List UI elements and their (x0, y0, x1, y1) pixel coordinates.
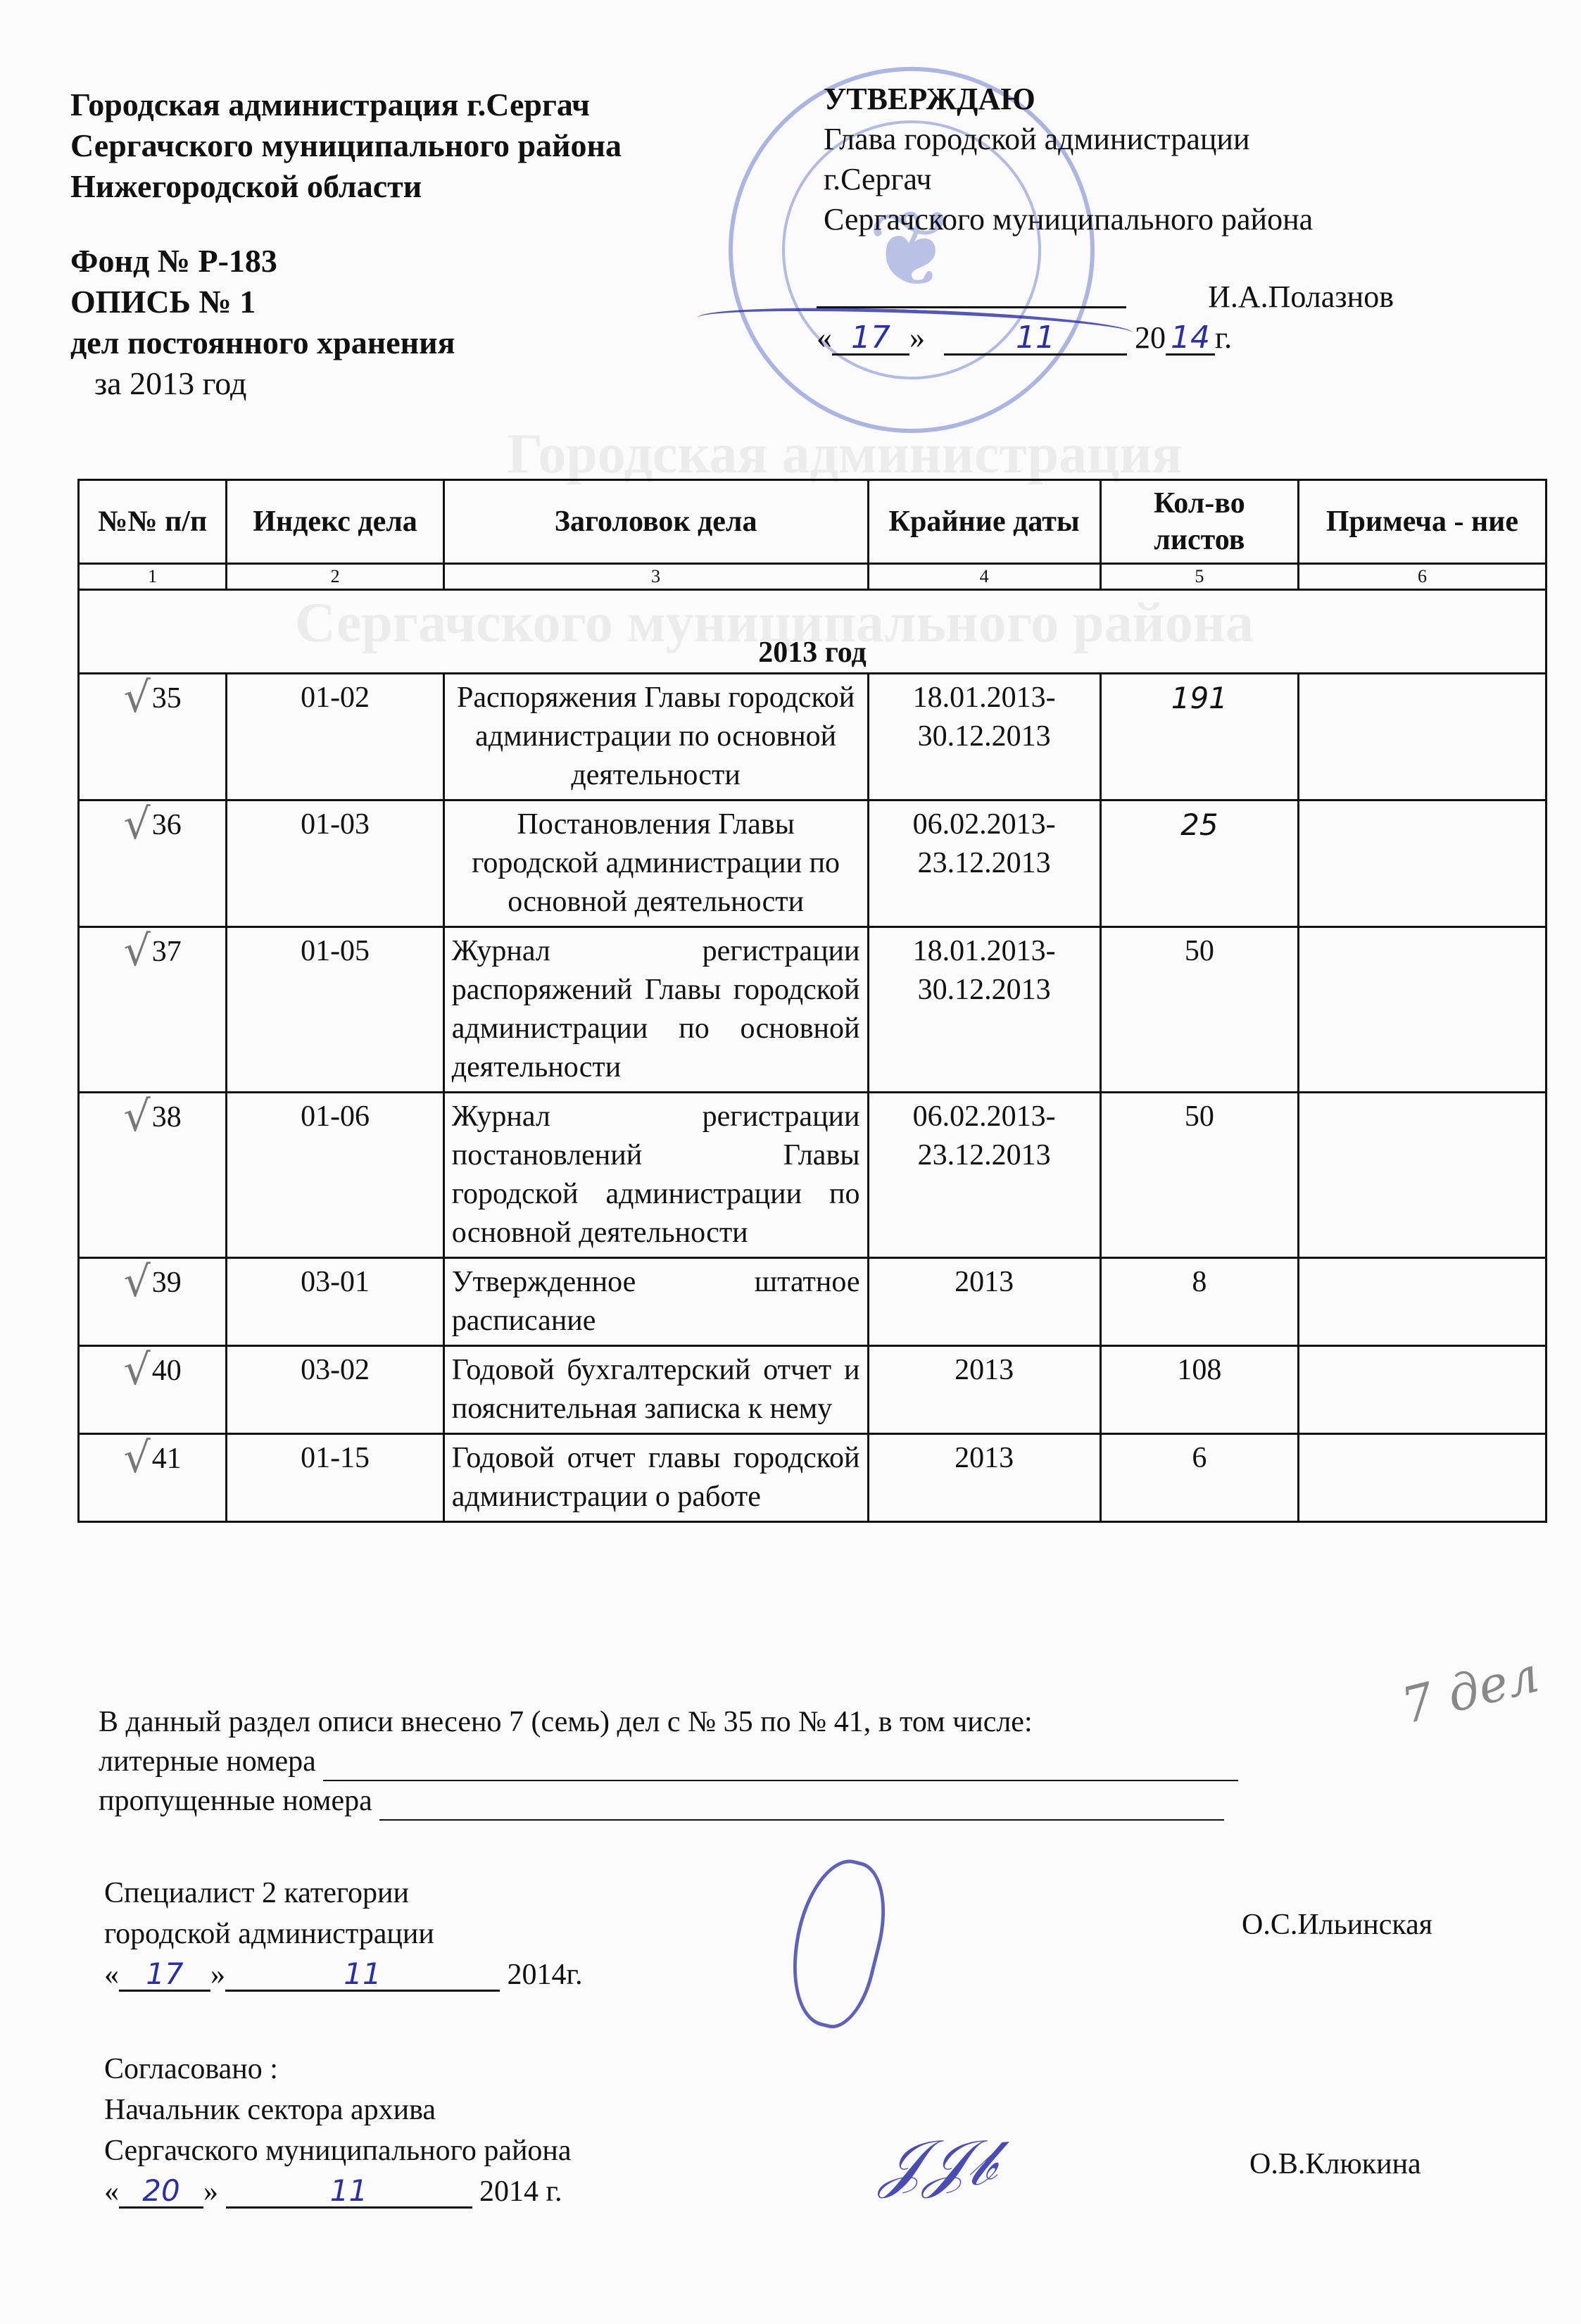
check-mark-icon: √ (124, 800, 151, 849)
approval-title: УТВЕРЖДАЮ (824, 79, 1313, 119)
approval-signature: И.А.Полазнов «17» 11 2014г. (817, 278, 1394, 357)
section-row: 2013 год (79, 590, 1547, 674)
row-title: Журнал регистрации постановлений Главы г… (443, 1093, 868, 1258)
approval-line-3: Сергачского муниципального района (824, 199, 1313, 239)
row-dates: 18.01.2013-30.12.2013 (868, 674, 1100, 800)
row-sheets: 8 (1100, 1258, 1298, 1346)
summary-text: В данный раздел описи внесено 7 (семь) д… (99, 1702, 1238, 1742)
table-row: √4003-02Годовой бухгалтерский отчет и по… (79, 1346, 1547, 1434)
row-dates: 18.01.2013-30.12.2013 (868, 927, 1100, 1093)
check-mark-icon: √ (124, 1257, 151, 1307)
approval-day: 17 (832, 322, 909, 356)
row-sheets: 191 (1100, 674, 1298, 800)
liter-field (323, 1752, 1238, 1781)
bleed-through-text: Городская администрация (211, 422, 1478, 486)
row-dates: 2013 (868, 1346, 1100, 1434)
col-sheets: Кол-во листов (1100, 480, 1298, 564)
row-note (1298, 1434, 1546, 1522)
signature-line (817, 278, 1126, 308)
col-number: №№ п/п (79, 480, 227, 564)
row-note (1298, 1346, 1546, 1434)
org-line-1: Городская администрация г.Сергач (70, 84, 622, 125)
storage-type: дел постоянного хранения (70, 322, 622, 363)
row-number: 35 (152, 682, 182, 715)
row-number: 41 (152, 1443, 182, 1475)
table-row: √3701-05Журнал регистрации распоряжений … (79, 927, 1547, 1093)
row-title: Распоряжения Главы городской администрац… (443, 674, 868, 800)
fond-number: Фонд № Р-183 (70, 241, 622, 282)
opis-number: ОПИСЬ № 1 (70, 282, 622, 322)
row-sheets: 108 (1100, 1346, 1298, 1434)
row-number: 40 (152, 1355, 182, 1387)
check-mark-icon: √ (124, 1092, 151, 1141)
row-dates: 06.02.2013-23.12.2013 (868, 800, 1100, 927)
check-mark-icon: √ (124, 673, 151, 722)
row-note (1298, 674, 1546, 800)
row-title: Утвержденное штатное расписание (443, 1258, 868, 1346)
period: за 2013 год (70, 363, 622, 404)
table-row: √3501-02Распоряжения Главы городской адм… (79, 674, 1547, 800)
row-dates: 2013 (868, 1434, 1100, 1522)
col-note: Примеча - ние (1298, 480, 1546, 564)
document-header: Городская администрация г.Сергач Сергачс… (70, 84, 622, 404)
archive-head-name: О.В.Клюкина (1249, 2147, 1421, 2181)
agreed-day: 20 (119, 2175, 203, 2209)
col-index: Индекс дела (227, 480, 443, 564)
specialist-signature (776, 1851, 899, 2035)
row-note (1298, 800, 1546, 927)
row-sheets: 6 (1100, 1434, 1298, 1522)
archive-head-signature: 𝒥𝒥𝒷 (880, 2126, 995, 2201)
missed-field (379, 1791, 1224, 1821)
row-dates: 06.02.2013-23.12.2013 (868, 1093, 1100, 1258)
org-line-3: Нижегородской области (70, 166, 622, 207)
approval-line-2: г.Сергач (824, 159, 1313, 199)
row-note (1298, 927, 1546, 1093)
table-header-row: №№ п/п Индекс дела Заголовок дела Крайни… (79, 480, 1547, 564)
row-index: 01-05 (227, 927, 443, 1093)
inventory-table: №№ п/п Индекс дела Заголовок дела Крайни… (77, 479, 1547, 1523)
check-mark-icon: √ (124, 1345, 151, 1395)
agreement-block: Согласовано : Начальник сектора архива С… (104, 2049, 572, 2212)
specialist-name: О.С.Ильинская (1242, 1908, 1432, 1942)
liter-label: литерные номера (99, 1745, 316, 1778)
col-dates: Крайние даты (868, 480, 1100, 564)
row-title: Журнал регистрации распоряжений Главы го… (443, 927, 868, 1093)
check-mark-icon: √ (124, 1433, 151, 1483)
row-title: Постановления Главы городской администра… (443, 800, 868, 927)
row-index: 01-03 (227, 800, 443, 927)
row-number: 36 (152, 809, 182, 841)
check-mark-icon: √ (124, 927, 151, 976)
approver-name: И.А.Полазнов (1208, 278, 1394, 316)
row-title: Годовой отчет главы городской администра… (443, 1434, 868, 1522)
missed-label: пропущенные номера (99, 1785, 372, 1817)
row-sheets: 50 (1100, 1093, 1298, 1258)
row-sheets: 25 (1100, 800, 1298, 927)
section-title: 2013 год (79, 590, 1547, 674)
table-row: √3601-03Постановления Главы городской ад… (79, 800, 1547, 927)
row-index: 03-02 (227, 1346, 443, 1434)
row-title: Годовой бухгалтерский отчет и пояснитель… (443, 1346, 868, 1434)
row-index: 01-02 (227, 674, 443, 800)
row-note (1298, 1093, 1546, 1258)
row-index: 03-01 (227, 1258, 443, 1346)
specialist-month: 11 (225, 1959, 500, 1992)
table-row: √3903-01Утвержденное штатное расписание2… (79, 1258, 1547, 1346)
approval-month: 11 (944, 322, 1127, 356)
pencil-note: 7 дел (1396, 1645, 1544, 1735)
specialist-day: 17 (119, 1959, 210, 1992)
col-title: Заголовок дела (443, 480, 868, 564)
row-sheets: 50 (1100, 927, 1298, 1093)
row-dates: 2013 (868, 1258, 1100, 1346)
table-row: √3801-06Журнал регистрации постановлений… (79, 1093, 1547, 1258)
table-row: √4101-15Годовой отчет главы городской ад… (79, 1434, 1547, 1522)
row-number: 37 (152, 936, 182, 968)
approval-year: 14 (1166, 322, 1215, 356)
row-index: 01-06 (227, 1093, 443, 1258)
org-line-2: Сергачского муниципального района (70, 125, 622, 166)
agreed-month: 11 (226, 2175, 472, 2209)
row-number: 39 (152, 1267, 182, 1299)
approval-line-1: Глава городской администрации (824, 119, 1313, 159)
specialist-block: Специалист 2 категории городской админис… (104, 1873, 583, 1995)
column-numbers-row: 1 2 3 4 5 6 (79, 564, 1547, 590)
row-index: 01-15 (227, 1434, 443, 1522)
summary-block: В данный раздел описи внесено 7 (семь) д… (99, 1702, 1238, 1821)
row-number: 38 (152, 1101, 182, 1133)
approval-block: УТВЕРЖДАЮ Глава городской администрации … (824, 79, 1313, 239)
row-note (1298, 1258, 1546, 1346)
